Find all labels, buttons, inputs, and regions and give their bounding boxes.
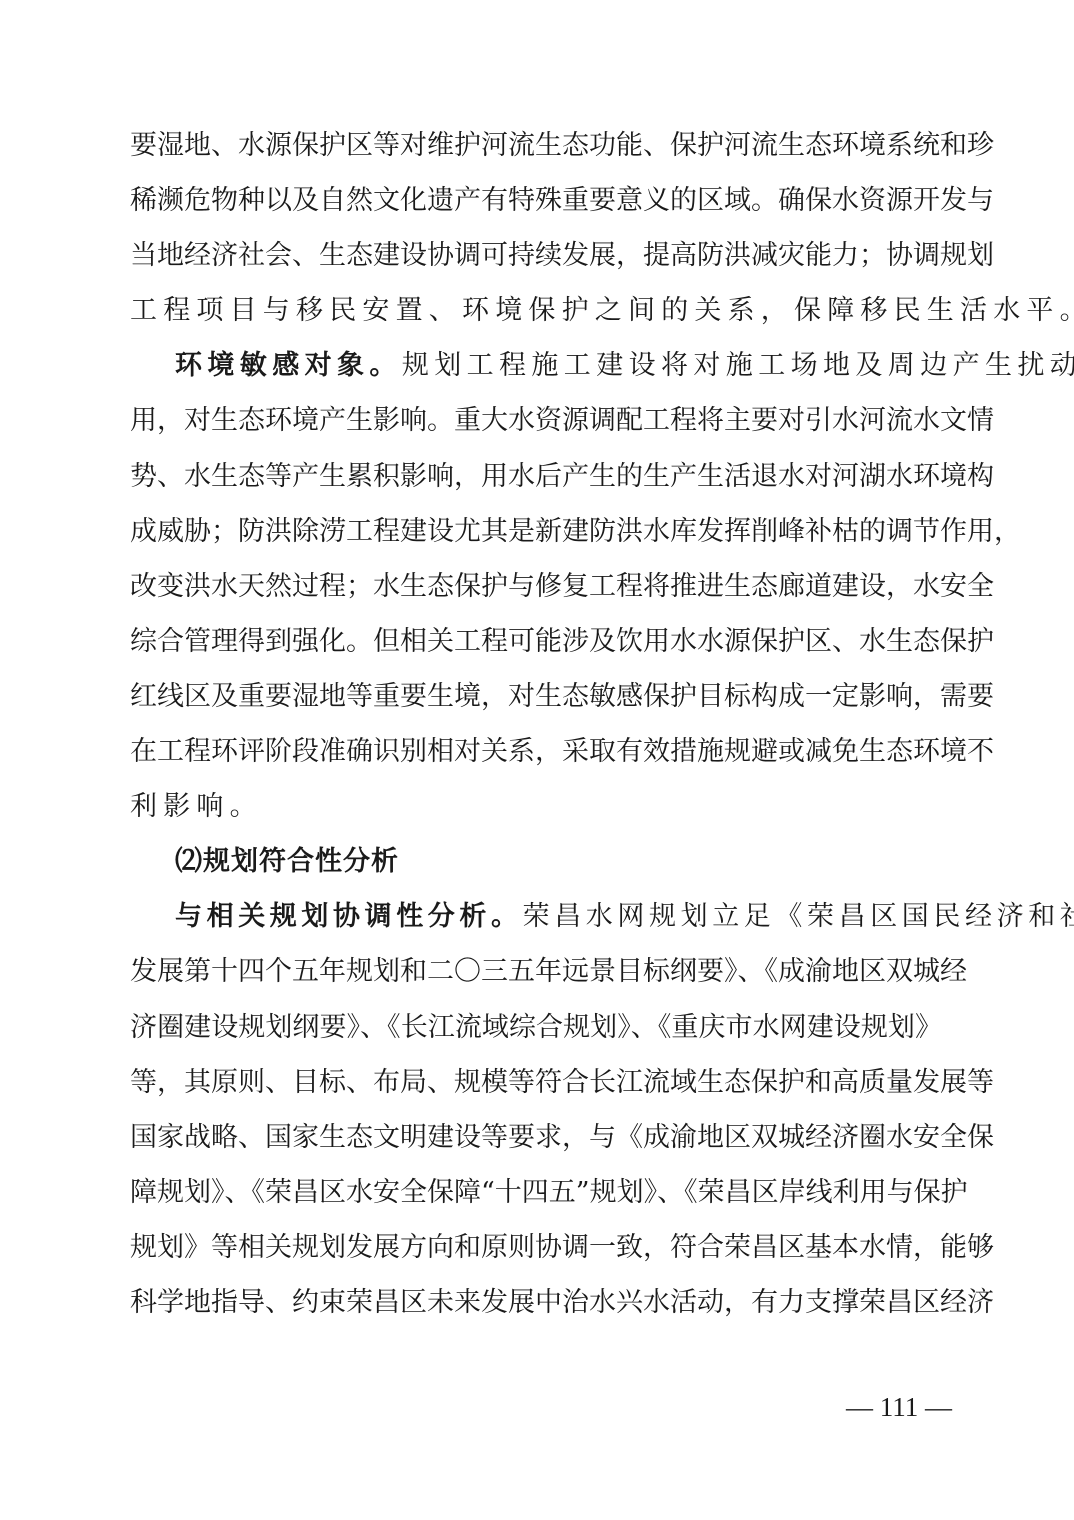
text-line: 要湿地、水源保护区等对维护河流生态功能、保护河流生态环境系统和珍 [130, 118, 942, 173]
text-line: 当地经济社会、生态建设协调可持续发展，提高防洪减灾能力；协调规划 [130, 228, 942, 283]
text-line: 发展第十四个五年规划和二〇三五年远景目标纲要》、《成渝地区双城经 [130, 944, 942, 999]
section-heading: ⑵规划符合性分析 [130, 834, 942, 889]
paragraph-environment-sensitive-objects: 环境敏感对象。规划工程施工建设将对施工场地及周边产生扰动和占 用，对生态环境产生… [130, 338, 942, 834]
text-line: 改变洪水天然过程；水生态保护与修复工程将推进生态廊道建设，水安全 [130, 559, 942, 614]
page-number: — 111 — [846, 1392, 952, 1423]
text-line: 与相关规划协调性分析。荣昌水网规划立足《荣昌区国民经济和社会 [130, 889, 942, 944]
document-page: 要湿地、水源保护区等对维护河流生态功能、保护河流生态环境系统和珍 稀濒危物种以及… [130, 118, 942, 1330]
text-line: 济圈建设规划纲要》、《长江流域综合规划》、《重庆市水网建设规划》 [130, 1000, 942, 1055]
paragraph-lead-title: 与相关规划协调性分析。 [175, 901, 523, 932]
paragraph-first-line-text: 规划工程施工建设将对施工场地及周边产生扰动和占 [402, 350, 1074, 381]
text-line: 科学地指导、约束荣昌区未来发展中治水兴水活动，有力支撑荣昌区经济 [130, 1275, 942, 1330]
text-line: 国家战略、国家生态文明建设等要求，与《成渝地区双城经济圈水安全保 [130, 1110, 942, 1165]
paragraph-continuation: 要湿地、水源保护区等对维护河流生态功能、保护河流生态环境系统和珍 稀濒危物种以及… [130, 118, 942, 338]
text-line: 工程项目与移民安置、环境保护之间的关系，保障移民生活水平。 [130, 283, 942, 338]
text-line: 在工程环评阶段准确识别相对关系，采取有效措施规避或减免生态环境不 [130, 724, 942, 779]
text-line: 环境敏感对象。规划工程施工建设将对施工场地及周边产生扰动和占 [130, 338, 942, 393]
text-line: 势、水生态等产生累积影响，用水后产生的生产生活退水对河湖水环境构 [130, 449, 942, 504]
text-line: 红线区及重要湿地等重要生境，对生态敏感保护目标构成一定影响，需要 [130, 669, 942, 724]
paragraph-planning-coordination: 与相关规划协调性分析。荣昌水网规划立足《荣昌区国民经济和社会 发展第十四个五年规… [130, 889, 942, 1330]
text-line: 稀濒危物种以及自然文化遗产有特殊重要意义的区域。确保水资源开发与 [130, 173, 942, 228]
paragraph-first-line-text: 荣昌水网规划立足《荣昌区国民经济和社会 [523, 901, 1074, 932]
text-line: 成威胁；防洪除涝工程建设尤其是新建防洪水库发挥削峰补枯的调节作用， [130, 504, 942, 559]
text-line: 等，其原则、目标、布局、规模等符合长江流域生态保护和高质量发展等 [130, 1055, 942, 1110]
text-line: 规划》等相关规划发展方向和原则协调一致，符合荣昌区基本水情，能够 [130, 1220, 942, 1275]
text-line: 综合管理得到强化。但相关工程可能涉及饮用水水源保护区、水生态保护 [130, 614, 942, 669]
paragraph-lead-title: 环境敏感对象。 [175, 350, 402, 381]
text-line: 用，对生态环境产生影响。重大水资源调配工程将主要对引水河流水文情 [130, 393, 942, 448]
text-line: 障规划》、《荣昌区水安全保障“十四五”规划》、《荣昌区岸线利用与保护 [130, 1165, 942, 1220]
text-line: 利影响。 [130, 779, 942, 834]
